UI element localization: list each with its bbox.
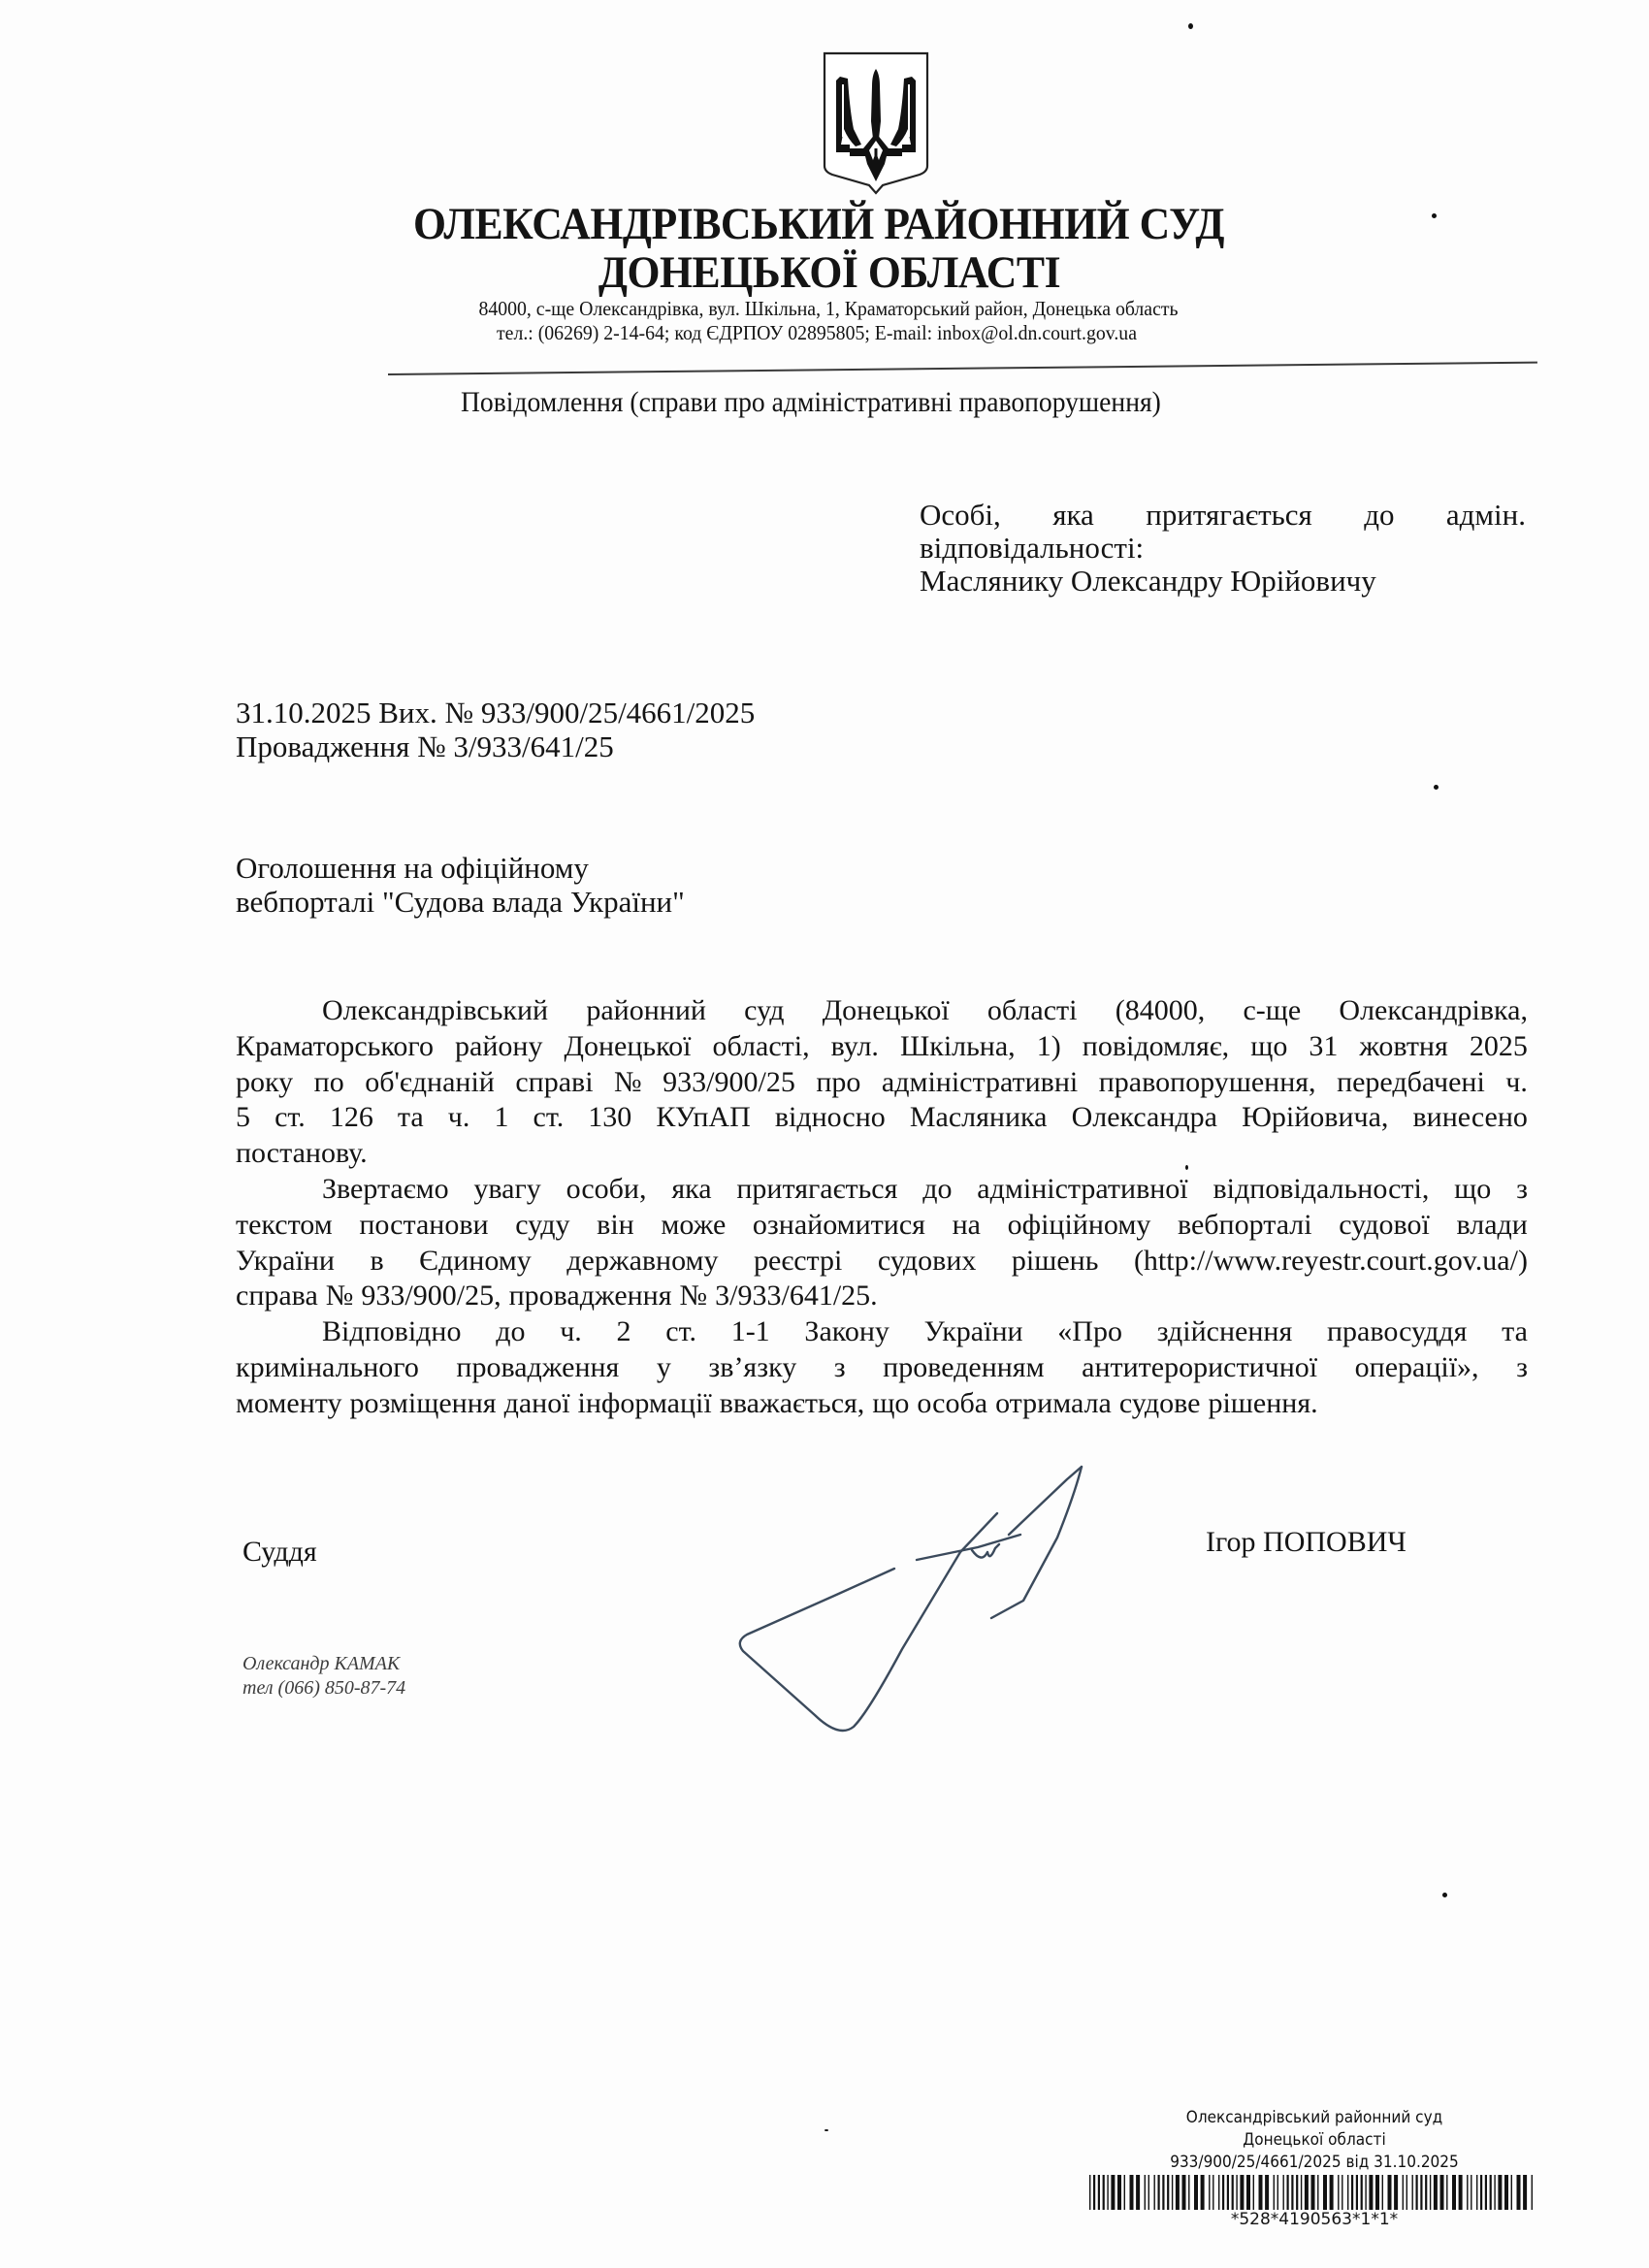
body-word: «Про <box>1057 1314 1122 1350</box>
body-word: ч. <box>448 1100 470 1136</box>
body-word: відносно <box>775 1100 886 1136</box>
body-word: вебпорталі <box>1178 1208 1312 1244</box>
body-word: ст. <box>275 1100 306 1136</box>
body-word: № <box>326 1279 354 1314</box>
body-word: справа <box>236 1279 318 1314</box>
body-word: даної <box>504 1386 570 1422</box>
stamp-number-date: 933/900/25/4661/2025 від 31.10.2025 <box>1110 2152 1520 2174</box>
scan-speck <box>1442 1893 1447 1897</box>
body-word: (http://www.reyestr.court.gov.ua/) <box>1134 1244 1528 1280</box>
body-word: та <box>1502 1314 1528 1350</box>
body-word: влади <box>1456 1208 1527 1244</box>
body-word: Донецької <box>823 993 950 1029</box>
court-name-line2: ДОНЕЦЬКОЇ ОБЛАСТІ <box>63 246 1597 299</box>
body-word: 2 <box>617 1314 631 1350</box>
proceeding-number: Провадження № 3/933/641/25 <box>236 729 755 763</box>
body-line: кримінальногопровадженняузв’язкузпроведе… <box>236 1350 1528 1386</box>
barcode-text: *528*4190563*1*1* <box>1086 2210 1542 2229</box>
body-word: Єдиному <box>419 1244 532 1280</box>
body-word: правопорушення, <box>1099 1065 1316 1101</box>
body-word: що <box>872 1386 909 1422</box>
body-line: моментурозміщенняданоїінформаціївважаєть… <box>236 1386 1528 1422</box>
outgoing-number: 31.10.2025 Вих. № 933/900/25/4661/2025 <box>236 696 755 729</box>
recipient-word: притягається <box>1146 499 1312 532</box>
body-word: ч. <box>560 1314 582 1350</box>
body-word: 130 <box>588 1100 631 1136</box>
body-line: 5ст.126тач.1ст.130КУпАПвідносноМасляника… <box>236 1100 1528 1136</box>
body-word: (84000, <box>1115 993 1206 1029</box>
body-word: області, <box>713 1029 810 1065</box>
body-word: провадження <box>456 1350 619 1386</box>
body-word: постанови <box>359 1208 488 1244</box>
body-word: 31 <box>1309 1029 1338 1065</box>
body-word: винесено <box>1413 1100 1528 1136</box>
body-word: жовтня <box>1359 1029 1447 1065</box>
scan-speck <box>824 2129 828 2131</box>
body-word: Олександрівський <box>322 993 548 1029</box>
body-line: КраматорськогорайонуДонецькоїобласті,вул… <box>236 1029 1528 1065</box>
scan-speck <box>1188 23 1193 29</box>
body-word: яка <box>671 1172 711 1208</box>
body-word: 1-1 <box>731 1314 770 1350</box>
scan-speck <box>1185 1165 1188 1170</box>
body-word: КУпАП <box>656 1100 750 1136</box>
body-word: району <box>455 1029 542 1065</box>
body-word: увагу <box>473 1172 540 1208</box>
body-word: що <box>1454 1172 1491 1208</box>
body-word: у <box>657 1350 671 1386</box>
body-word: особи, <box>566 1172 647 1208</box>
body-word: 126 <box>330 1100 373 1136</box>
body-word: адміністративні <box>882 1065 1078 1101</box>
body-word: № <box>680 1279 708 1314</box>
recipient-name: Маслянику Олександру Юрійовичу <box>920 565 1526 598</box>
recipient-line2: відповідальності: <box>920 532 1526 565</box>
body-word: с-ще <box>1243 993 1301 1029</box>
executor-info: Олександр КАМАК тел (066) 850-87-74 <box>242 1652 405 1701</box>
body-word: моменту <box>236 1386 341 1422</box>
body-word: Олександрівка, <box>1339 993 1528 1029</box>
announcement-line1: Оголошення на офіційному <box>236 851 685 885</box>
body-word: по <box>314 1065 344 1101</box>
body-word: ч. <box>1505 1065 1528 1101</box>
body-word: провадження <box>509 1279 672 1314</box>
court-contacts: тел.: (06269) 2-14-64; код ЄДРПОУ 028958… <box>58 321 1575 345</box>
body-word: судових <box>878 1244 977 1280</box>
body-word: № <box>614 1065 642 1101</box>
body-line: постанову. <box>236 1136 1528 1172</box>
body-word: адміністративної <box>977 1172 1187 1208</box>
recipient-line1: Особі, яка притягається до адмін. <box>920 499 1526 532</box>
body-word: суд <box>744 993 784 1029</box>
body-word: вважається, <box>720 1386 865 1422</box>
handwritten-signature-icon <box>718 1455 1106 1746</box>
body-word: ст. <box>665 1314 696 1350</box>
announcement-heading: Оголошення на офіційному вебпорталі "Суд… <box>236 851 685 919</box>
body-word: відповідальності, <box>1212 1172 1429 1208</box>
body-line: Відповіднодоч.2ст.1-1ЗаконуУкраїни«Прозд… <box>236 1314 1528 1350</box>
body-word: зв’язку <box>708 1350 796 1386</box>
barcode-icon <box>1089 2175 1536 2210</box>
body-word: 933/900/25 <box>663 1065 795 1101</box>
body-line: справа№933/900/25,провадження№3/933/641/… <box>236 1279 1528 1314</box>
judge-position: Суддя <box>242 1536 317 1569</box>
body-word: року <box>236 1065 293 1101</box>
body-word: антитерористичної <box>1082 1350 1317 1386</box>
registration-stamp: Олександрівський районний суд Донецької … <box>1086 2107 1542 2174</box>
body-word: Шкільна, <box>900 1029 1016 1065</box>
body-word: ознайомитися <box>753 1208 925 1244</box>
body-word: рішення. <box>1208 1386 1317 1422</box>
body-word: реєстрі <box>754 1244 842 1280</box>
scan-speck <box>1432 213 1437 218</box>
reference-block: 31.10.2025 Вих. № 933/900/25/4661/2025 П… <box>236 696 755 763</box>
court-name-line1: ОЛЕКСАНДРІВСЬКИЙ РАЙОННИЙ СУД <box>52 198 1586 250</box>
body-word: судове <box>1119 1386 1201 1422</box>
body-word: з <box>834 1350 846 1386</box>
recipient-word: Особі, <box>920 499 1001 532</box>
announcement-line2: вебпорталі "Судова влада України" <box>236 885 685 919</box>
recipient-block: Особі, яка притягається до адмін. відпов… <box>920 499 1526 598</box>
body-word: до <box>496 1314 525 1350</box>
body-word: до <box>922 1172 952 1208</box>
body-word: та <box>398 1100 424 1136</box>
body-word: 1 <box>494 1100 508 1136</box>
body-word: Звертаємо <box>322 1172 449 1208</box>
body-word: області <box>987 993 1078 1029</box>
body-word: рішень <box>1012 1244 1099 1280</box>
body-word: державному <box>566 1244 718 1280</box>
body-word: 933/900/25, <box>361 1279 501 1314</box>
body-word: Закону <box>804 1314 889 1350</box>
body-word: 2025 <box>1470 1029 1528 1065</box>
executor-phone: тел (066) 850-87-74 <box>242 1676 405 1701</box>
recipient-word: адмін. <box>1446 499 1526 532</box>
body-word: районний <box>586 993 706 1029</box>
body-word: розміщення <box>349 1386 496 1422</box>
body-word: отримала <box>995 1386 1112 1422</box>
body-word: в <box>370 1244 383 1280</box>
body-word: ст. <box>533 1100 565 1136</box>
body-word: Донецької <box>565 1029 692 1065</box>
body-word: він <box>597 1208 634 1244</box>
body-word: операції», <box>1355 1350 1479 1386</box>
body-word: текстом <box>236 1208 333 1244</box>
body-word: може <box>661 1208 726 1244</box>
body-word: притягається <box>736 1172 897 1208</box>
body-line: Звертаємоувагуособи,якапритягаєтьсядоадм… <box>236 1172 1528 1208</box>
body-word: Краматорського <box>236 1029 434 1065</box>
body-word: об'єднаній <box>365 1065 495 1101</box>
body-word: з <box>1516 1172 1528 1208</box>
body-word: 5 <box>236 1100 250 1136</box>
body-word: кримінального <box>236 1350 419 1386</box>
body-word: України <box>236 1244 335 1280</box>
body-word: постанову. <box>236 1136 368 1172</box>
body-word: 3/933/641/25. <box>715 1279 878 1314</box>
body-word: інформації <box>578 1386 712 1422</box>
stamp-court: Олександрівський районний суд <box>1110 2107 1520 2129</box>
body-word: що <box>1250 1029 1287 1065</box>
executor-name: Олександр КАМАК <box>242 1652 405 1676</box>
body-word: Відповідно <box>322 1314 461 1350</box>
body-word: особа <box>917 1386 987 1422</box>
body-line: УкраїнивЄдиномудержавномуреєстрісудовихр… <box>236 1244 1528 1280</box>
body-word: з <box>1516 1350 1528 1386</box>
body-word: Юрійовича, <box>1242 1100 1388 1136</box>
body-word: про <box>816 1065 860 1101</box>
coat-of-arms-icon <box>823 51 929 195</box>
body-word: судової <box>1339 1208 1430 1244</box>
body-word: повідомляє, <box>1083 1029 1229 1065</box>
body-line: текстомпостановисудувінможеознайомитисян… <box>236 1208 1528 1244</box>
body-word: здійснення <box>1157 1314 1293 1350</box>
notice-body: ОлександрівськийрайоннийсудДонецькоїобла… <box>236 993 1528 1422</box>
body-word: Олександра <box>1072 1100 1217 1136</box>
body-word: проведенням <box>883 1350 1044 1386</box>
stamp-region: Донецької області <box>1110 2129 1520 2152</box>
body-word: 1) <box>1037 1029 1061 1065</box>
court-address: 84000, с-ще Олександрівка, вул. Шкільна,… <box>70 297 1587 321</box>
body-word: вул. <box>831 1029 879 1065</box>
body-word: Масляника <box>910 1100 1048 1136</box>
body-word: правосуддя <box>1327 1314 1467 1350</box>
judge-name: Ігор ПОПОВИЧ <box>1206 1526 1406 1559</box>
recipient-word: до <box>1364 499 1394 532</box>
recipient-word: яка <box>1052 499 1094 532</box>
body-word: офіційному <box>1008 1208 1151 1244</box>
document-type: Повідомлення (справи про адміністративні… <box>461 386 1161 419</box>
body-word: України <box>924 1314 1023 1350</box>
body-line: ОлександрівськийрайоннийсудДонецькоїобла… <box>236 993 1528 1029</box>
body-word: справі <box>515 1065 593 1101</box>
body-word: на <box>953 1208 981 1244</box>
body-word: передбачені <box>1337 1065 1485 1101</box>
body-line: рокупооб'єднанійсправі№933/900/25проадмі… <box>236 1065 1528 1101</box>
scan-speck <box>1434 785 1439 790</box>
body-word: суду <box>515 1208 569 1244</box>
